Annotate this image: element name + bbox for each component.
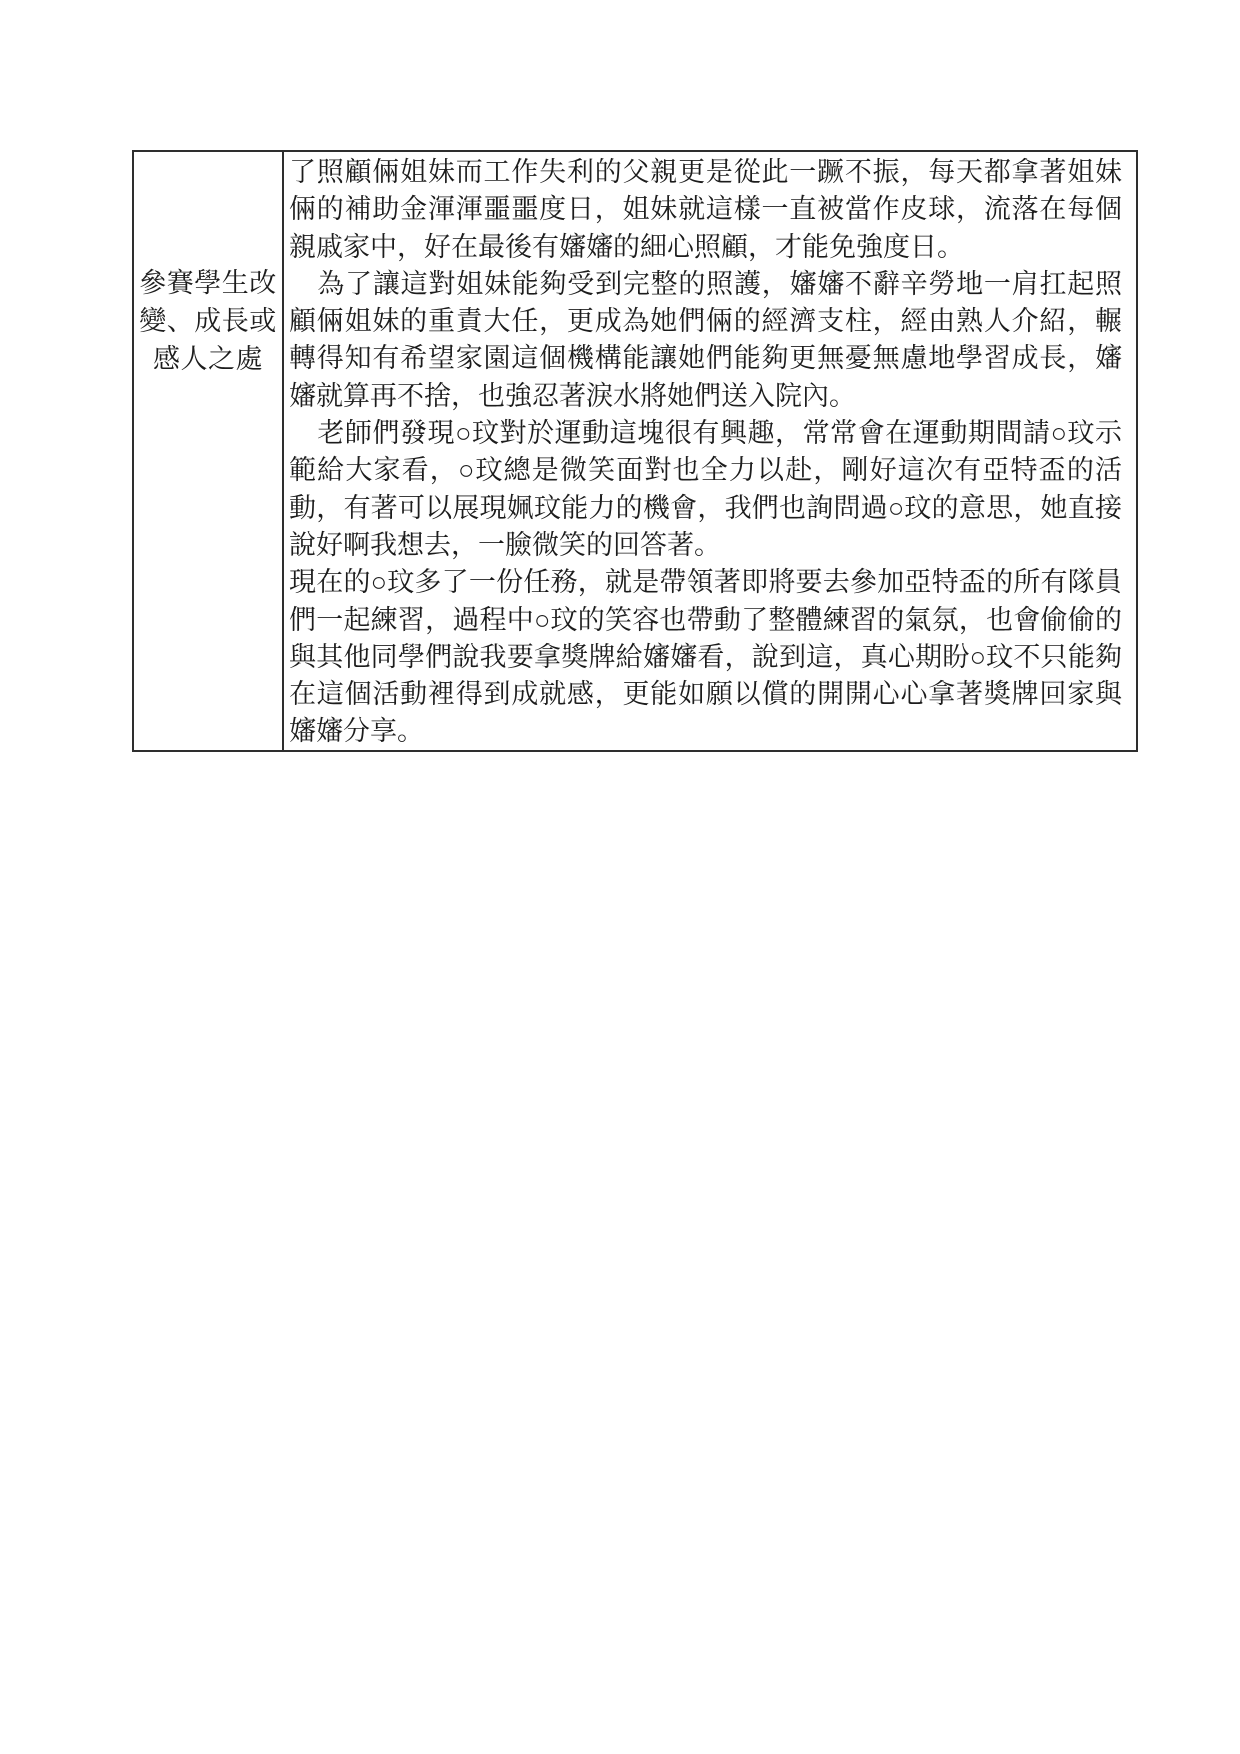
row-label-cell: 參賽學生改變、成長或感人之處 (134, 152, 284, 750)
row-content-cell: 了照顧倆姐妹而工作失利的父親更是從此一蹶不振，每天都拿著姐妹倆的補助金渾渾噩噩度… (284, 152, 1136, 750)
row-label: 參賽學生改變、成長或感人之處 (139, 264, 277, 378)
paragraph: 為了讓這對姐妹能夠受到完整的照護，嬸嬸不辭辛勞地一肩扛起照顧倆姐妹的重責大任，更… (289, 266, 1122, 415)
continuation-table: 參賽學生改變、成長或感人之處 了照顧倆姐妹而工作失利的父親更是從此一蹶不振，每天… (132, 150, 1138, 752)
paragraph: 了照顧倆姐妹而工作失利的父親更是從此一蹶不振，每天都拿著姐妹倆的補助金渾渾噩噩度… (289, 154, 1122, 266)
document-page: 參賽學生改變、成長或感人之處 了照顧倆姐妹而工作失利的父親更是從此一蹶不振，每天… (0, 0, 1240, 1754)
paragraph: 老師們發現○玟對於運動這塊很有興趣，常常會在運動期間請○玟示範給大家看，○玟總是… (289, 415, 1122, 564)
paragraph: 現在的○玟多了一份任務，就是帶領著即將要去參加亞特盃的所有隊員們一起練習，過程中… (289, 564, 1122, 750)
